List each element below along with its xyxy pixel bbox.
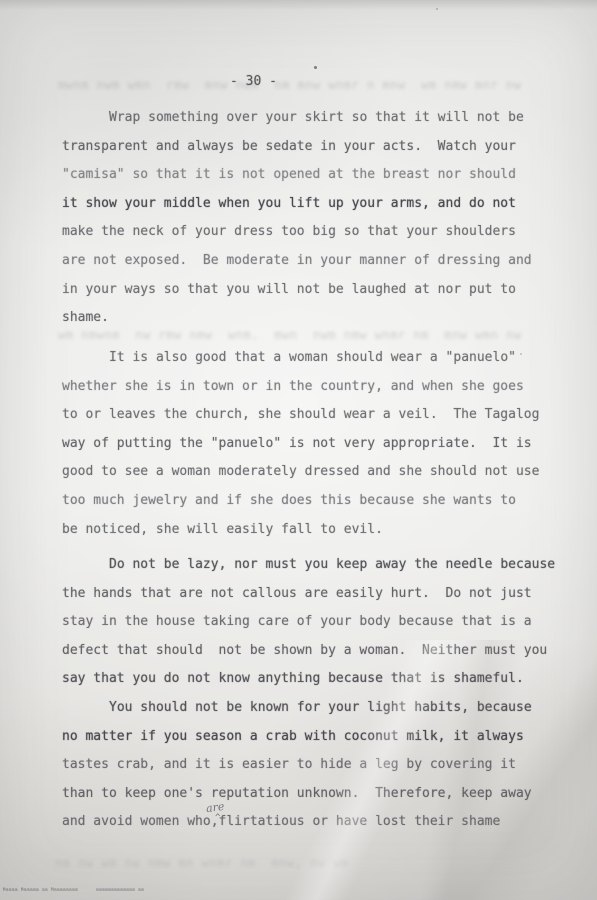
page-number: - 30 - bbox=[230, 74, 277, 89]
typed-line: good to see a woman moderately dressed a… bbox=[62, 458, 567, 487]
paragraph: You should not be known for your light h… bbox=[62, 694, 567, 837]
typed-line: are not exposed. Be moderate in your man… bbox=[62, 247, 567, 276]
typed-line: it show your middle when you lift up you… bbox=[62, 190, 567, 219]
typed-line: make the neck of your dress too big so t… bbox=[62, 218, 567, 247]
typed-line: "camisa" so that it is not opened at the… bbox=[62, 161, 567, 190]
typed-line: stay in the house taking care of your bo… bbox=[62, 608, 567, 637]
typed-line: say that you do not know anything becaus… bbox=[62, 665, 567, 694]
bleed-through-text: mwnm nwm wmn rmw mnw nwm nm mnw wnmr n m… bbox=[58, 78, 521, 92]
typed-line: Do not be lazy, nor must you keep away t… bbox=[62, 551, 567, 580]
typed-line: defect that should not be shown by a wom… bbox=[62, 637, 567, 666]
paragraph: It is also good that a woman should wear… bbox=[62, 344, 567, 544]
typed-line: tastes crab, and it is easier to hide a … bbox=[62, 751, 567, 780]
paragraph: Wrap something over your skirt so that i… bbox=[62, 104, 567, 333]
typed-line: way of putting the "panuelo" is not very… bbox=[62, 430, 567, 459]
scanned-page: mwnm nwm wmn rmw mnw nwm nm mnw wnmr n m… bbox=[0, 0, 597, 900]
typed-line: whether she is in town or in the country… bbox=[62, 373, 567, 402]
typed-line: and avoid women who,flirtatious or have … bbox=[62, 808, 567, 837]
typed-line: than to keep one's reputation unknown. T… bbox=[62, 780, 567, 809]
bleed-through-text: nm nw wm nw nmw mn wnmr nm mnw, nw wm bbox=[55, 856, 349, 870]
typed-line: in your ways so that you will not be lau… bbox=[62, 276, 567, 305]
typed-line: It is also good that a woman should wear… bbox=[62, 344, 567, 373]
scan-watermark-label: Mmmmm Mmmmmm mm Mmmmmmmmm mmmmmmmmmmmmm … bbox=[3, 887, 144, 892]
typed-line: no matter if you season a crab with coco… bbox=[62, 723, 567, 752]
typed-line: shame. bbox=[62, 304, 567, 333]
typed-line: transparent and always be sedate in your… bbox=[62, 133, 567, 162]
typed-line: You should not be known for your light h… bbox=[62, 694, 567, 723]
scan-speck bbox=[520, 353, 522, 355]
typed-line: too much jewelry and if she does this be… bbox=[62, 487, 567, 516]
paragraph: Do not be lazy, nor must you keep away t… bbox=[62, 551, 567, 694]
typed-line: be noticed, she will easily fall to evil… bbox=[62, 516, 567, 545]
scan-speck bbox=[314, 66, 317, 69]
typed-line: to or leaves the church, she should wear… bbox=[62, 401, 567, 430]
scan-edge-shadow bbox=[0, 0, 597, 10]
typed-line: the hands that are not callous are easil… bbox=[62, 580, 567, 609]
caret-mark: ^ bbox=[215, 813, 220, 823]
typed-line: Wrap something over your skirt so that i… bbox=[62, 104, 567, 133]
scan-speck bbox=[436, 8, 438, 10]
